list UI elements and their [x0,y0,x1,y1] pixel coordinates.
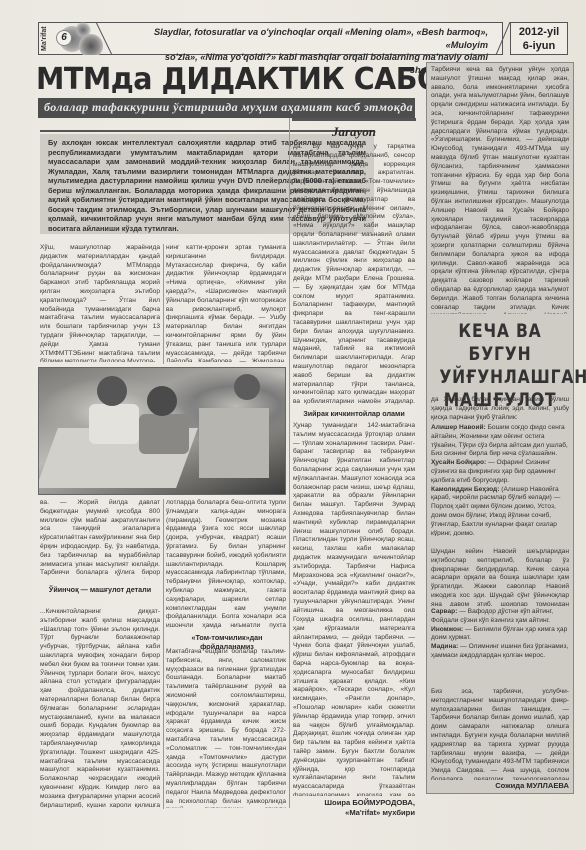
body-column-1-bottom: ...Кичкинтойларнинг диққат-эътиборини жа… [40,608,160,808]
column-rule [163,244,164,364]
kicker-line-1: Slaydlar, fotosuratlar va o'yinchoqlar o… [110,26,488,51]
dialogue-speaker: Мадина: [431,643,458,650]
dialogue-line: (Алишер Навоийга қараб, чиройли расмлар … [431,486,560,536]
column-rule [163,499,164,809]
sidebar-dialogue-2: Сарвар: — Вафодор дўстни кўп айтинг, Фой… [431,608,569,670]
sidebar-closing: Биз эса, тарбиячи, услубчи-методистларни… [431,688,569,780]
body-column-2-top: нинг катти-қоронғи эртак туманига киришг… [166,244,286,362]
classroom-photo [38,367,286,495]
byline-name: Шоира БОЙМУРОДОВА, [293,798,415,808]
byline-role: «Ma'rifat» мухбири [293,808,415,818]
sidebar-dialogue: Алишер Навоий: Бошим соғдо фидо сенга ай… [431,424,569,536]
dialogue-entry: Камолиддин Беҳзод: (Алишер Навоийга қара… [431,486,569,536]
dialogue-speaker: Иномжон: [431,626,463,633]
section-heading-smart-kids: Зийрак кичкинтойлар олами [293,409,415,418]
column-rule [289,118,290,808]
body-column-3-top: да. Бу ёш учун у тарқатма материаллардан… [293,143,415,405]
rubric-vertical-label: Ma'rifat [38,22,49,55]
dialogue-entry: Сарвар: — Вафодор дўстни кўп айтинг, Фой… [431,608,569,626]
byline: Шоира БОЙМУРОДОВА, «Ma'rifat» мухбири [293,798,415,818]
newspaper-page: Ma'rifat 6 Slaydlar, fotosuratlar va o'y… [0,0,586,850]
dialogue-speaker: Алишер Навоий: [431,424,486,431]
section-heading-toy-detail: Ўйинчоқ — машғулот детали [40,585,160,594]
article-headline: МТМда ДИДАКТИК САБОҚ [36,62,397,97]
dialogue-speaker: Камолиддин Беҳзод: [431,486,499,493]
body-column-3-bottom: Гоҳида шкафга осилиш, ранглардан ҳам кўр… [293,616,415,796]
dialogue-entry: Мадина: — Олимнинг ишини биз ўрганамиз, … [431,643,569,661]
issue-year: 2012-yil [511,25,567,39]
sidebar-byline: Сожида МУЛЛАЕВА [431,781,569,791]
page-number: 6 [56,30,72,46]
body-column-2-mid: лотларда болаларга беш-олтита турли ўлча… [166,499,286,629]
rubric-bar [292,118,416,121]
body-column-2-bottom: Мактабгача ёшдаги болалар таълим-тарбияс… [166,648,286,808]
dialogue-entry: Ҳусайн Бойқаро: — Офарин! Сизнинг сўзинг… [431,459,569,485]
dialogue-speaker: Ҳусайн Бойқаро: [431,459,486,466]
dialogue-entry: Иномжон: — Билимли бўлган ҳар кимга ҳар … [431,626,569,644]
issue-day: 6-iyun [511,39,567,53]
sidebar-after-dialogue: Шундан кейин Навоий шеърларидан иқтибосл… [431,548,569,606]
rubric-jarayon: Jarayon [292,124,416,140]
sidebar-intro: Тарбиячи кеча ва бугунни уйғун ҳолда маш… [431,66,569,314]
sidebar-after-title: да Хоразм билан яқиндан таниш бўлиш ҳақи… [431,396,569,422]
body-column-1-top: Хўш, машғулотлар жараёнида дидактик мате… [40,244,160,362]
body-column-3-mid: Ҳунар туманидаги 142-мактабгача таълим м… [293,422,415,612]
body-column-1-mid: ва. — Жорий йилда давлат бюджетидан умум… [40,499,160,579]
dialogue-entry: Алишер Навоий: Бошим соғдо фидо сенга ай… [431,424,569,459]
issue-date: 2012-yil 6-iyun [510,22,568,55]
article-subhead: болалар тафаккурини ўстиришда муҳим аҳам… [44,100,414,115]
dialogue-speaker: Сарвар: [431,608,457,615]
